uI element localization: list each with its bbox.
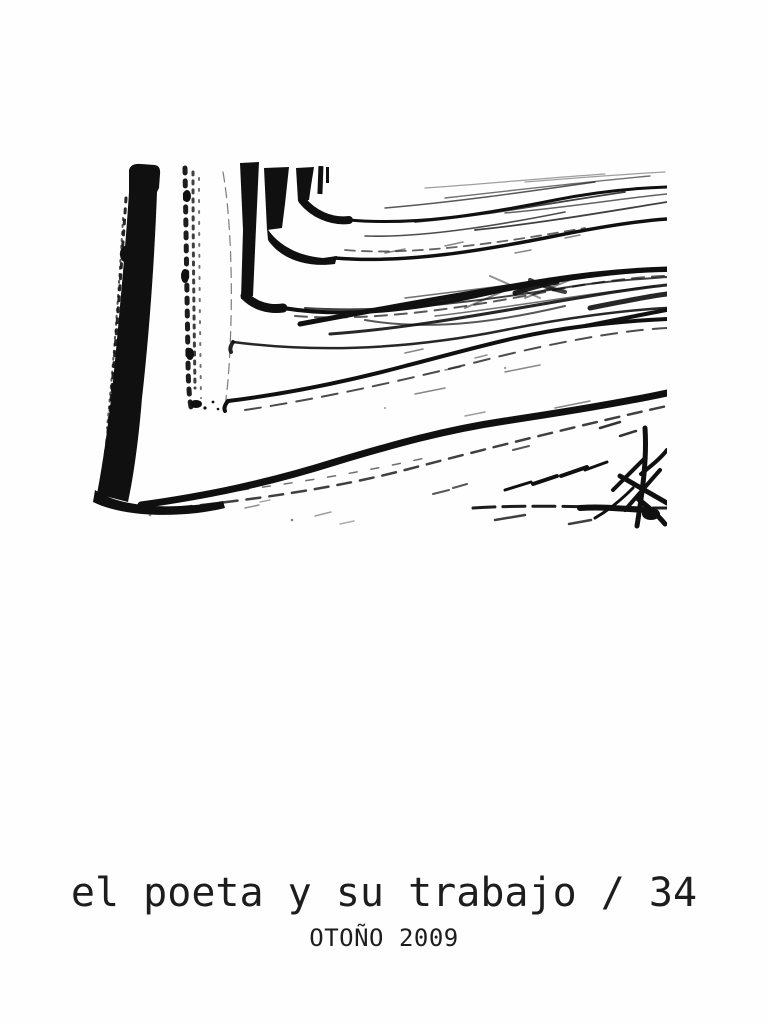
cover-page: el poeta y su trabajo / 34 OTOÑO 2009: [0, 0, 768, 1024]
shadow-line-birch: [224, 319, 667, 416]
cover-photo-illustration: [85, 158, 667, 530]
shadow-band-top: [335, 172, 667, 259]
tree-trunk-large: [93, 164, 225, 515]
tree-trunks-receding: [240, 162, 349, 309]
cover-photo: [85, 158, 667, 530]
branch-tangle-bottom-right: [433, 422, 667, 526]
issue-date: OTOÑO 2009: [0, 926, 768, 950]
snow-flecks: [149, 367, 507, 524]
shadow-line-long: [141, 393, 667, 510]
tree-trunk-speckled: [181, 168, 231, 410]
shadow-band-middle: [230, 269, 667, 352]
journal-title: el poeta y su trabajo / 34: [0, 873, 768, 913]
